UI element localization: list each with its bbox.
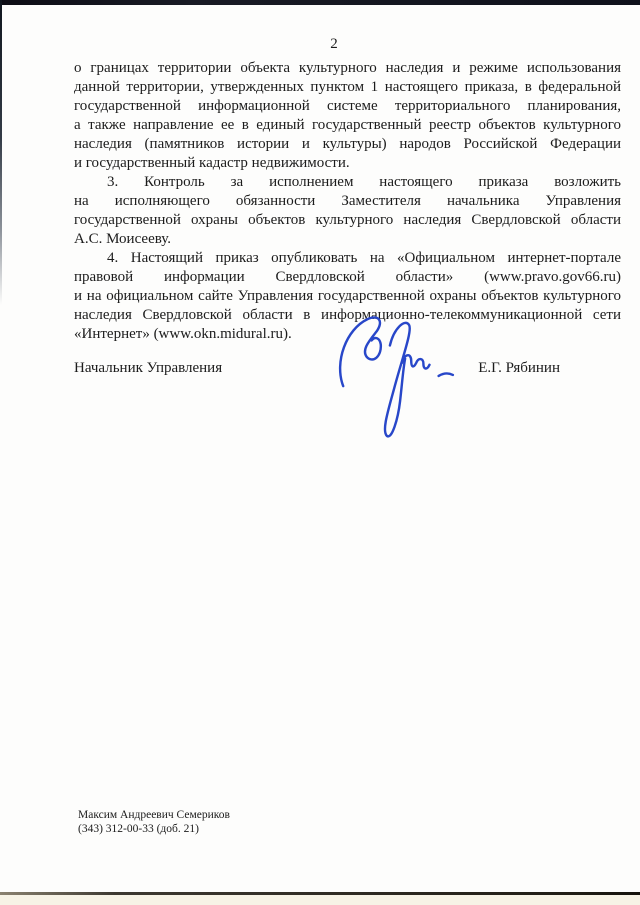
handwritten-signature-ink — [331, 313, 463, 445]
signature-row: Начальник Управления Е.Г. Рябинин — [74, 360, 560, 377]
body-line: данной территории, утвержденных пунктом … — [74, 78, 621, 97]
body-line: 3. Контроль за исполнением настоящего пр… — [74, 173, 621, 192]
document-body: о границах территории объекта культурног… — [74, 59, 621, 344]
executor-name: Максим Андреевич Семериков — [78, 808, 230, 822]
page-number: 2 — [74, 36, 594, 53]
signatory-name: Е.Г. Рябинин — [478, 360, 560, 377]
signature-strokes — [340, 317, 453, 436]
body-line: а также направление ее в единый государс… — [74, 116, 621, 135]
executor-phone: (343) 312-00-33 (доб. 21) — [78, 822, 230, 836]
body-line: и на официальном сайте Управления госуда… — [74, 287, 621, 306]
scan-edge-left — [0, 0, 2, 305]
body-line: государственной охраны объектов культурн… — [74, 211, 621, 230]
scan-edge-top — [0, 0, 640, 5]
document-page: 2 о границах территории объекта культурн… — [0, 0, 640, 905]
scan-edge-bottom-strip — [0, 895, 640, 905]
body-line: А.С. Моисееву. — [74, 230, 621, 249]
position-title: Начальник Управления — [74, 360, 222, 377]
body-line: наследия (памятников истории и культуры)… — [74, 135, 621, 154]
executor-footer: Максим Андреевич Семериков (343) 312-00-… — [78, 808, 230, 836]
body-line: 4. Настоящий приказ опубликовать на «Офи… — [74, 249, 621, 268]
body-line: и государственный кадастр недвижимости. — [74, 154, 621, 173]
body-line: правовой информации Свердловской области… — [74, 268, 621, 287]
body-line: государственной информационной системе т… — [74, 97, 621, 116]
body-line: о границах территории объекта культурног… — [74, 59, 621, 78]
body-line: на исполняющего обязанности Заместителя … — [74, 192, 621, 211]
